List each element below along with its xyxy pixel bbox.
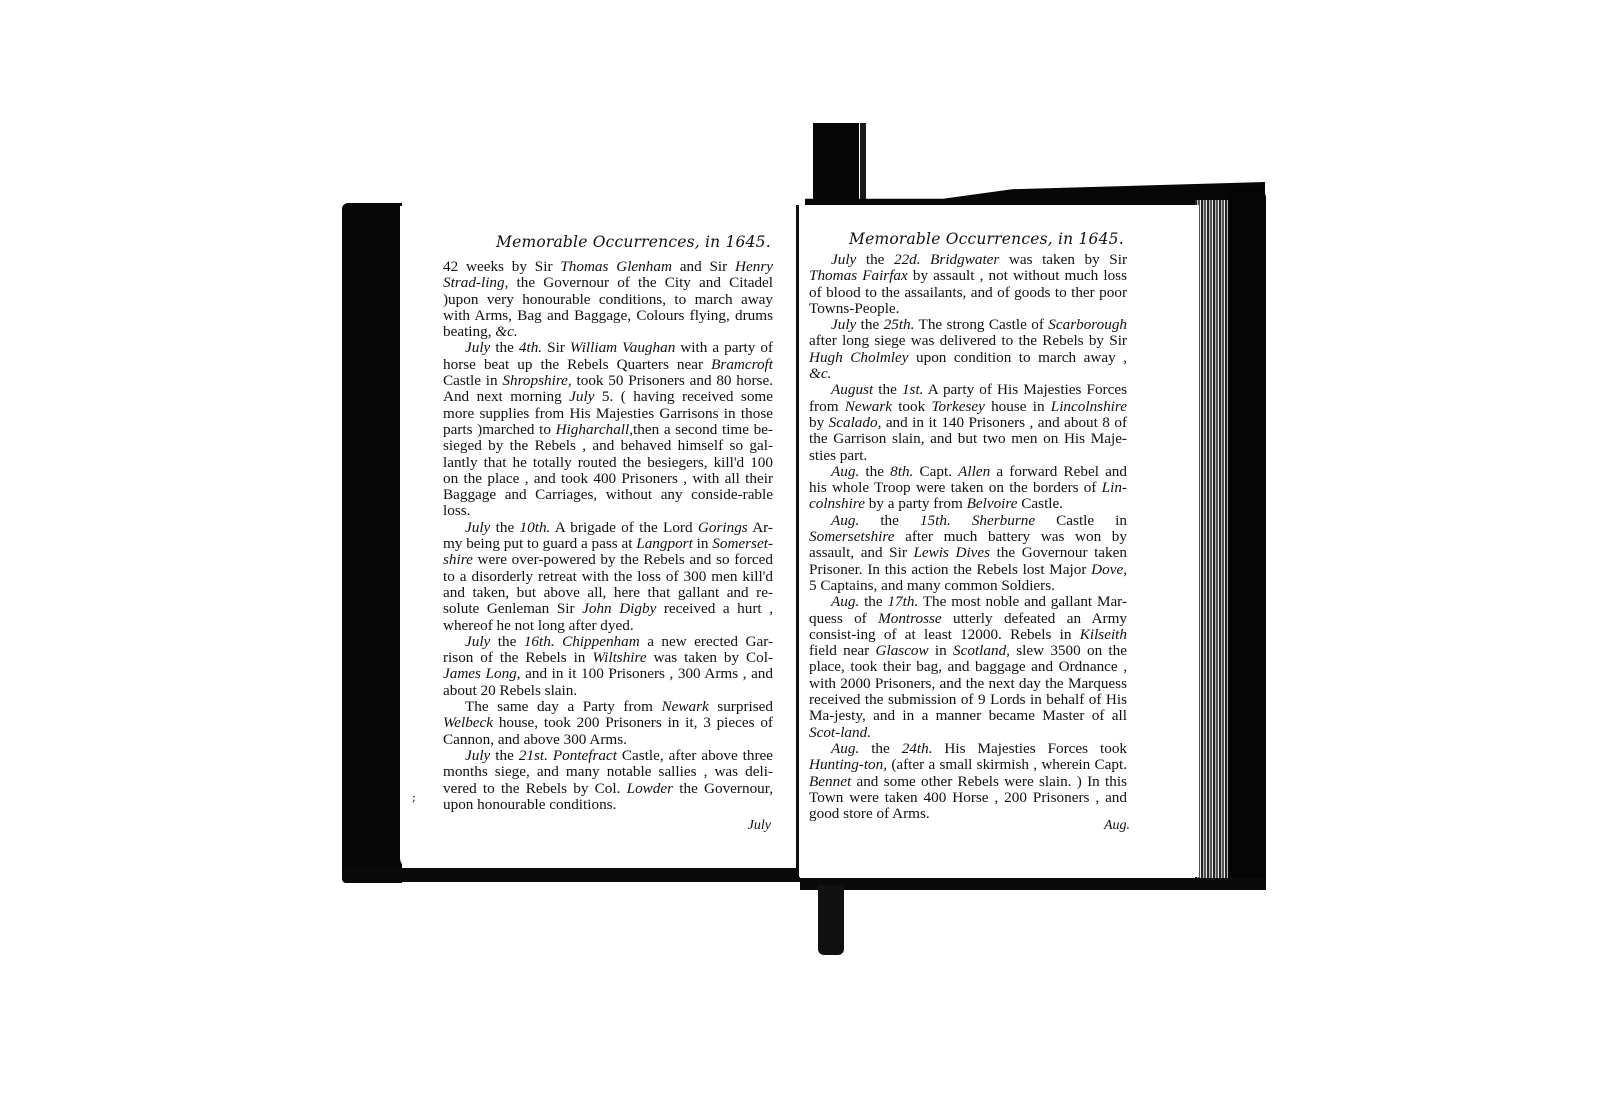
text: Castle in <box>1035 512 1127 529</box>
text: the <box>873 381 902 398</box>
italic-text: Newark <box>661 698 708 715</box>
italic-text: Aug. <box>831 512 859 529</box>
text: the <box>859 512 920 529</box>
spine-top-strip <box>860 123 866 203</box>
text: house in <box>985 398 1051 415</box>
paragraph: July the 22d. Bridgwater was taken by Si… <box>809 252 1127 317</box>
spine-bottom <box>818 885 844 955</box>
page-fore-edge <box>1195 200 1228 880</box>
text: the <box>490 747 518 764</box>
italic-text: Thomas Glenham <box>560 258 672 275</box>
italic-text: Lincolnshire <box>1051 398 1127 415</box>
right-cover-edge <box>1228 188 1266 888</box>
text: house, took 200 Prisoners in it, 3 piece… <box>443 714 773 747</box>
right-page: Memorable Occurrences, in 1645. July the… <box>799 205 1199 877</box>
text: the <box>490 633 524 650</box>
text: Capt. <box>913 463 958 480</box>
italic-text: July <box>465 339 490 356</box>
italic-text: July <box>465 747 490 764</box>
left-cover-bottom-edge <box>345 868 800 882</box>
italic-text: August <box>831 381 873 398</box>
italic-text: Scarborough <box>1048 316 1127 333</box>
italic-text: Scotland, <box>953 642 1010 659</box>
paragraph: 42 weeks by Sir Thomas Glenham and Sir H… <box>443 259 773 340</box>
scanned-book-spread: Memorable Occurrences, in 1645. 42 weeks… <box>0 0 1600 1095</box>
right-catchword: Aug. <box>1104 818 1130 834</box>
italic-text: William Vaughan <box>570 339 675 356</box>
paragraph: July the 10th. A brigade of the Lord Gor… <box>443 520 773 634</box>
paragraph: July the 21st. Pontefract Castle, after … <box>443 748 773 813</box>
text: the <box>859 740 901 757</box>
italic-text: Newark <box>845 398 892 415</box>
italic-text: Wiltshire <box>592 649 646 666</box>
text: the <box>859 463 890 480</box>
text: Castle. <box>1018 495 1064 512</box>
italic-text: Scot-land. <box>809 724 871 741</box>
text: Castle in <box>443 372 502 389</box>
italic-text: Torkesey <box>931 398 984 415</box>
left-page: Memorable Occurrences, in 1645. 42 weeks… <box>400 206 797 868</box>
italic-text: July <box>465 519 490 536</box>
text: The strong Castle of <box>914 316 1048 333</box>
text: A brigade of the Lord <box>550 519 698 536</box>
italic-text: 10th. <box>520 519 551 536</box>
paragraph: Aug. the 15th. Sherburne Castle in Somer… <box>809 513 1127 594</box>
italic-text: Hugh Cholmley <box>809 349 908 366</box>
right-running-head: Memorable Occurrences, in 1645. <box>849 230 1124 248</box>
italic-text: 22d. <box>894 251 921 268</box>
italic-text: Belvoire <box>967 495 1018 512</box>
italic-text: 24th. <box>902 740 933 757</box>
italic-text: Welbeck <box>443 714 493 731</box>
stray-mark: ; <box>412 790 416 804</box>
text: was taken by Col- <box>647 649 773 666</box>
text: the <box>856 316 883 333</box>
italic-text: Hunting-ton, <box>809 756 887 773</box>
text: surprised <box>709 698 773 715</box>
text: in <box>929 642 953 659</box>
italic-text: July <box>465 633 490 650</box>
paragraph: July the 4th. Sir William Vaughan with a… <box>443 340 773 519</box>
text: by <box>809 414 829 431</box>
italic-text: 15th. Sherburne <box>920 512 1035 529</box>
text: Sir <box>542 339 570 356</box>
paragraph: Aug. the 24th. His Majesties Forces took… <box>809 741 1127 822</box>
italic-text: July <box>569 388 594 405</box>
left-cover-edge <box>342 203 402 883</box>
italic-text: July <box>831 316 856 333</box>
italic-text: Langport <box>636 535 693 552</box>
paragraph: The same day a Party from Newark surpris… <box>443 699 773 748</box>
italic-text: James Long <box>443 665 517 682</box>
text: 42 weeks by Sir <box>443 258 560 275</box>
italic-text: Bramcroft <box>711 356 773 373</box>
text: was taken by Sir <box>999 251 1127 268</box>
text: the <box>490 339 519 356</box>
italic-text: Shropshire, <box>502 372 571 389</box>
right-page-body: July the 22d. Bridgwater was taken by Si… <box>809 252 1127 822</box>
paragraph: July the 16th. Chippenham a new erected … <box>443 634 773 699</box>
text: and Sir <box>672 258 735 275</box>
italic-text: Bennet <box>809 773 851 790</box>
text: in <box>693 535 712 552</box>
text: the <box>490 519 519 536</box>
italic-text: Lowder <box>627 780 673 797</box>
text: The same day a Party from <box>465 698 661 715</box>
text: the <box>859 593 887 610</box>
italic-text: &c. <box>495 323 517 340</box>
italic-text: Somersetshire <box>809 528 895 545</box>
paragraph: August the 1st. A party of His Majesties… <box>809 382 1127 463</box>
text: field near <box>809 642 876 659</box>
text: took <box>892 398 931 415</box>
text: and some other Rebels were slain. ) In t… <box>809 773 1127 823</box>
italic-text: Lewis Dives <box>913 544 990 561</box>
text <box>921 251 931 268</box>
italic-text: Aug. <box>831 740 859 757</box>
italic-text: Allen <box>958 463 990 480</box>
text: after long siege was delivered to the Re… <box>809 332 1127 349</box>
italic-text: &c. <box>809 365 831 382</box>
text: 5 Captains, and many common Soldiers. <box>809 577 1055 594</box>
italic-text: 21st. Pontefract <box>519 747 617 764</box>
left-page-body: 42 weeks by Sir Thomas Glenham and Sir H… <box>443 259 773 813</box>
italic-text: Montrosse <box>878 610 942 627</box>
text: His Majesties Forces took <box>933 740 1128 757</box>
italic-text: Dove, <box>1091 561 1127 578</box>
italic-text: Aug. <box>831 593 859 610</box>
right-cover-bottom-edge <box>800 878 1266 890</box>
italic-text: Thomas Fairfax <box>809 267 908 284</box>
italic-text: Higharchall <box>556 421 630 438</box>
text: (after a small skirmish , wherein Capt. <box>887 756 1127 773</box>
left-running-head: Memorable Occurrences, in 1645. <box>496 233 771 251</box>
paragraph: July the 25th. The strong Castle of Scar… <box>809 317 1127 382</box>
italic-text: 16th. Chippenham <box>524 633 640 650</box>
paragraph: Aug. the 8th. Capt. Allen a forward Rebe… <box>809 464 1127 513</box>
italic-text: 8th. <box>890 463 913 480</box>
italic-text: Glascow <box>876 642 929 659</box>
italic-text: 1st. <box>902 381 924 398</box>
italic-text: July <box>831 251 856 268</box>
paragraph: Aug. the 17th. The most noble and gallan… <box>809 594 1127 741</box>
text: by a party from <box>865 495 967 512</box>
italic-text: Bridgwater <box>930 251 999 268</box>
text: the <box>856 251 894 268</box>
text: upon condition to march away , <box>908 349 1127 366</box>
italic-text: Scalado, <box>829 414 882 431</box>
italic-text: Aug. <box>831 463 859 480</box>
italic-text: 25th. <box>884 316 915 333</box>
italic-text: Gorings <box>698 519 748 536</box>
left-catchword: July <box>748 818 771 834</box>
italic-text: Kilseith <box>1080 626 1127 643</box>
italic-text: 4th. <box>519 339 542 356</box>
italic-text: John Digby <box>582 600 656 617</box>
italic-text: 17th. <box>887 593 918 610</box>
